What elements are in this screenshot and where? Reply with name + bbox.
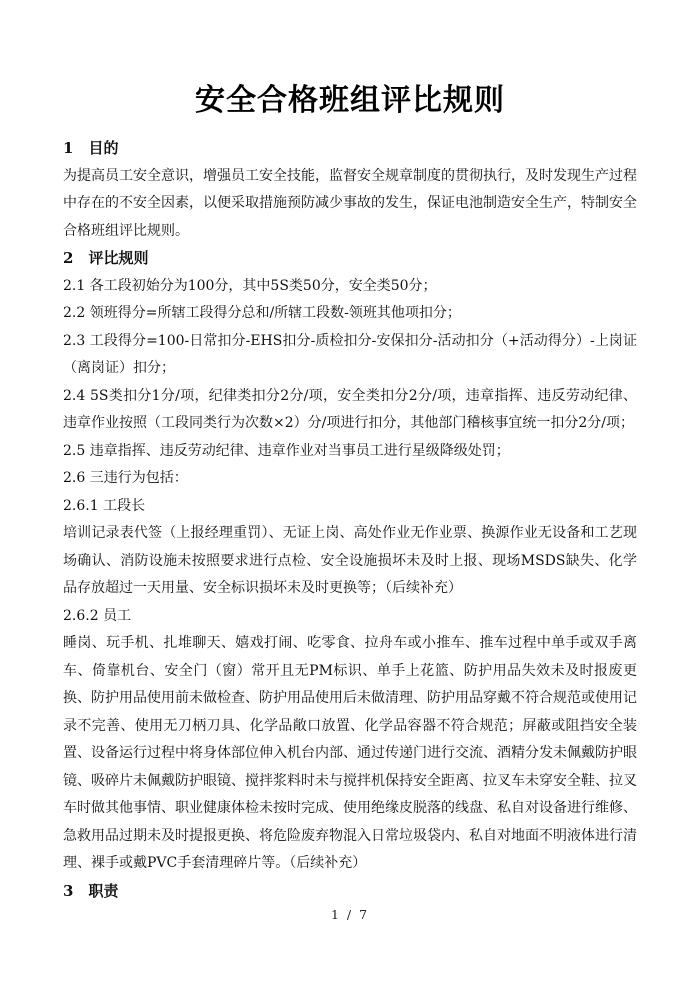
document-page: 安全合格班组评比规则 1目的 为提高员工安全意识，增强员工安全技能，监督安全规章…	[0, 0, 700, 990]
rule-item-2-5: 2.5 违章指挥、违反劳动纪律、违章作业对当事员工进行星级降级处罚；	[63, 438, 637, 466]
section-heading-rules: 2评比规则	[63, 245, 637, 273]
section-heading-purpose: 1目的	[63, 135, 637, 163]
purpose-paragraph: 为提高员工安全意识，增强员工安全技能，监督安全规章制度的贯彻执行，及时发现生产过…	[63, 163, 637, 246]
subsection-body-2-6-1: 培训记录表代签（上报经理重罚）、无证上岗、高处作业无作业票、换源作业无设备和工艺…	[63, 520, 637, 603]
rule-item-2-4: 2.4 5S类扣分1分/项，纪律类扣分2分/项，安全类扣分2分/项，违章指挥、违…	[63, 383, 637, 438]
subsection-heading-2-6-2: 2.6.2 员工	[63, 603, 637, 631]
rule-item-2-6: 2.6 三违行为包括：	[63, 465, 637, 493]
section-number: 3	[63, 882, 73, 900]
section-number: 1	[63, 139, 73, 157]
page-number: 1 / 7	[0, 905, 700, 925]
section-title: 评比规则	[88, 249, 148, 267]
rule-item-2-3: 2.3 工段得分=100-日常扣分-EHS扣分-质检扣分-安保扣分-活动扣分（+…	[63, 328, 637, 383]
section-number: 2	[63, 249, 73, 267]
section-title: 职责	[88, 882, 118, 900]
rule-item-2-1: 2.1 各工段初始分为100分，其中5S类50分，安全类50分；	[63, 273, 637, 301]
subsection-body-2-6-2: 睡岗、玩手机、扎堆聊天、嬉戏打闹、吃零食、拉舟车或小推车、推车过程中单手或双手离…	[63, 630, 637, 878]
subsection-heading-2-6-1: 2.6.1 工段长	[63, 493, 637, 521]
rule-item-2-2: 2.2 领班得分=所辖工段得分总和/所辖工段数-领班其他项扣分；	[63, 300, 637, 328]
document-title: 安全合格班组评比规则	[63, 84, 637, 118]
section-title: 目的	[88, 139, 118, 157]
section-heading-duties: 3职责	[63, 878, 637, 906]
